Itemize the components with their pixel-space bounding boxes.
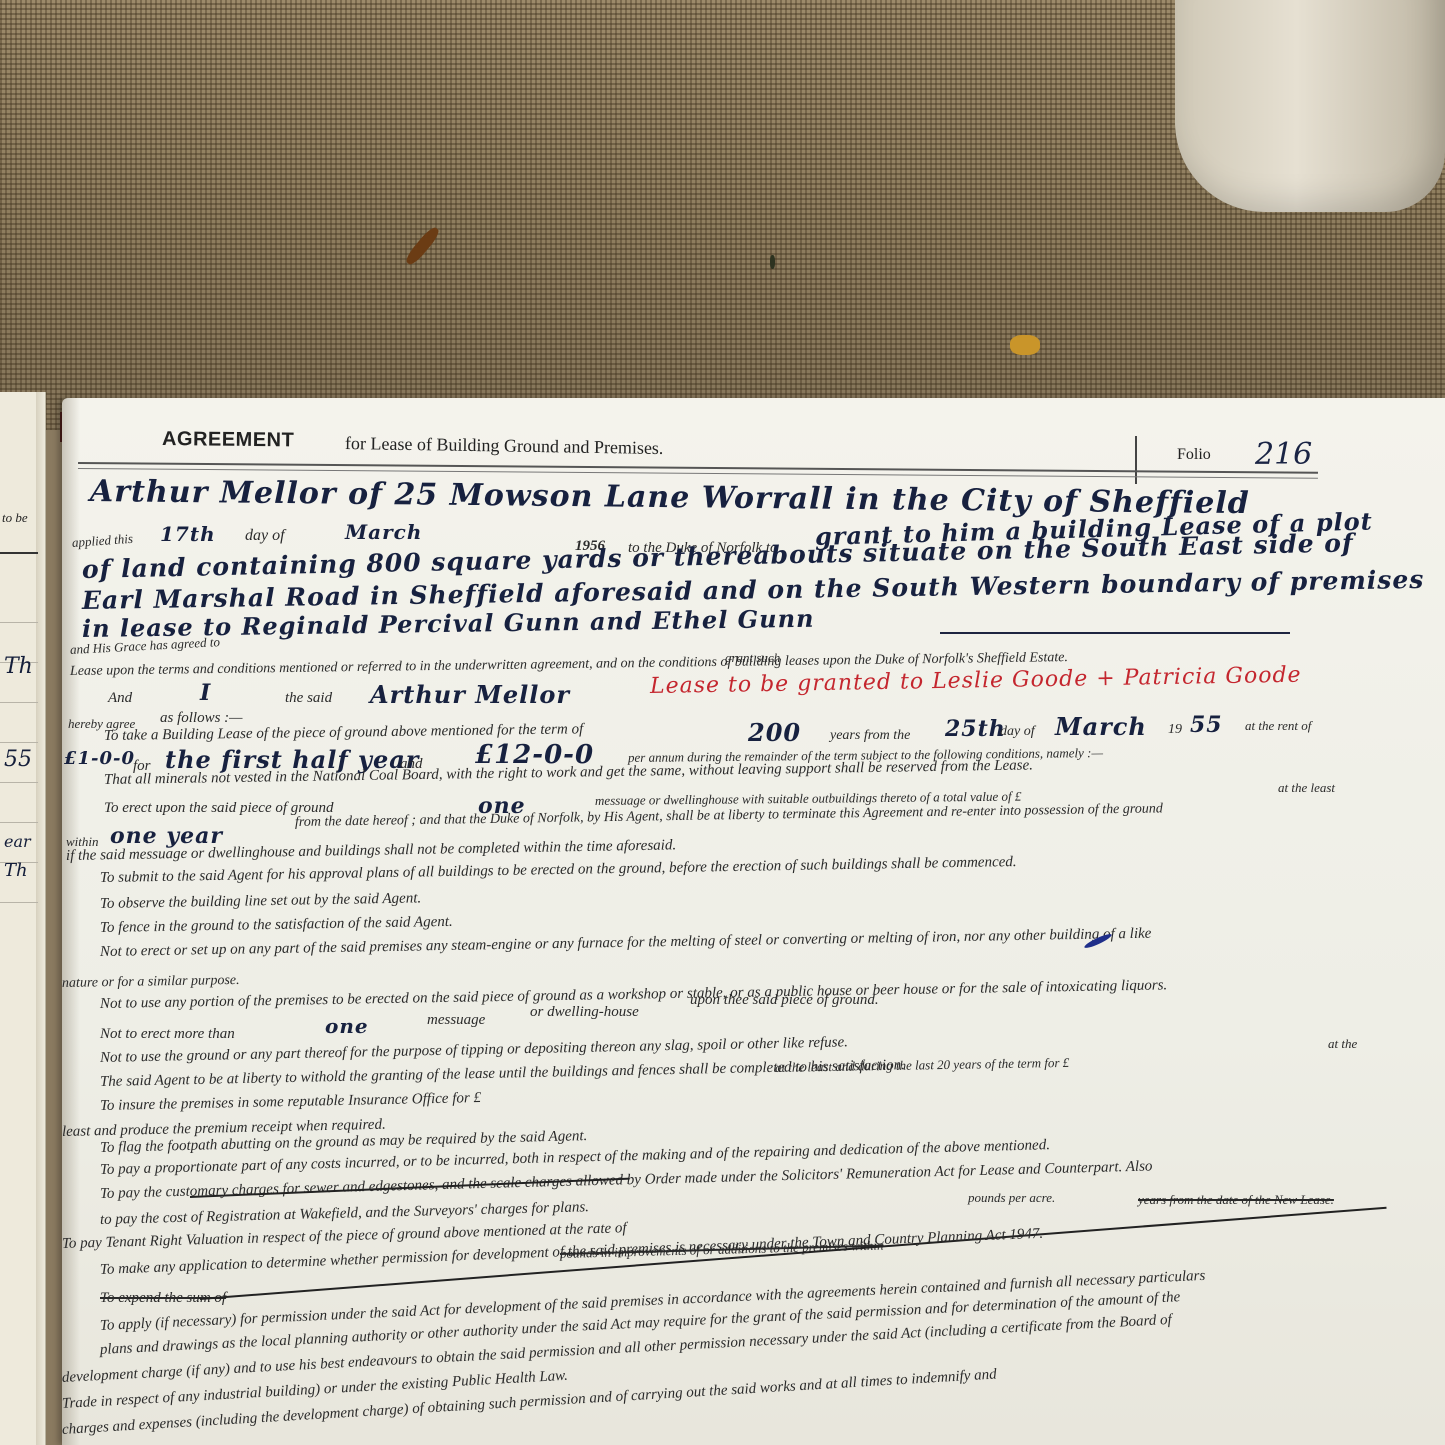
erect-more-count: one (325, 1014, 369, 1038)
rule (0, 622, 38, 623)
stoneware-jar (1175, 0, 1445, 212)
lessee-name: Arthur Mellor (370, 680, 570, 709)
rent-label: at the rent of (1245, 718, 1311, 734)
start-day: 25th (945, 716, 1006, 742)
fill-rule (940, 632, 1290, 634)
left-handwriting: ear (4, 832, 31, 851)
rule (0, 702, 38, 703)
left-page: to be Th 55 ear Th (0, 392, 46, 1445)
debris (770, 255, 775, 269)
applied-day: 17th (160, 522, 216, 546)
debris (1010, 335, 1040, 355)
start-year-prefix: 19 (1168, 722, 1182, 738)
page-gutter-shadow (62, 398, 80, 1445)
erect-more-prefix: Not to erect more than (100, 1026, 235, 1043)
rule (0, 552, 38, 554)
left-handwriting: 55 (4, 747, 32, 772)
page-gutter (36, 392, 46, 1445)
years-from-label: years from the (830, 728, 910, 744)
folio-number: 216 (1255, 437, 1312, 472)
left-handwriting: Th (4, 860, 28, 881)
day-of-label: day of (245, 527, 285, 545)
day-of-label-2: day of (1000, 724, 1035, 740)
rule (0, 822, 38, 823)
start-month: March (1055, 712, 1147, 741)
first-rent: £1-0-0 (64, 748, 135, 769)
term-years: 200 (748, 718, 801, 747)
and-mark: I (200, 680, 211, 706)
applied-month: March (345, 520, 422, 544)
document-title: AGREEMENT (162, 428, 295, 452)
payment-line: pounds per acre. (968, 1190, 1055, 1206)
rule (0, 742, 38, 743)
folio-label: Folio (1177, 446, 1211, 464)
left-handwriting: Th (4, 654, 33, 679)
erect-more-mid: messuage (427, 1012, 485, 1029)
at-the-least: at the least (1278, 780, 1335, 796)
struck-new-lease-line: years from the date of the New Lease. (1138, 1192, 1334, 1208)
left-page-text: to be (2, 510, 28, 526)
erect-more-mid2: or dwelling-house (530, 1004, 639, 1021)
as-follows-label: as follows :— (160, 710, 243, 727)
and-label: And (108, 690, 132, 707)
insurance-end: at the (1328, 1036, 1357, 1052)
rule (0, 902, 38, 903)
condition-line: nature or for a similar purpose. (62, 973, 240, 992)
start-year-suffix: 55 (1190, 712, 1223, 738)
rule (0, 782, 38, 783)
the-said-label: the said (285, 690, 332, 707)
erect-more-suffix: upon thee said piece of ground. (690, 992, 879, 1009)
